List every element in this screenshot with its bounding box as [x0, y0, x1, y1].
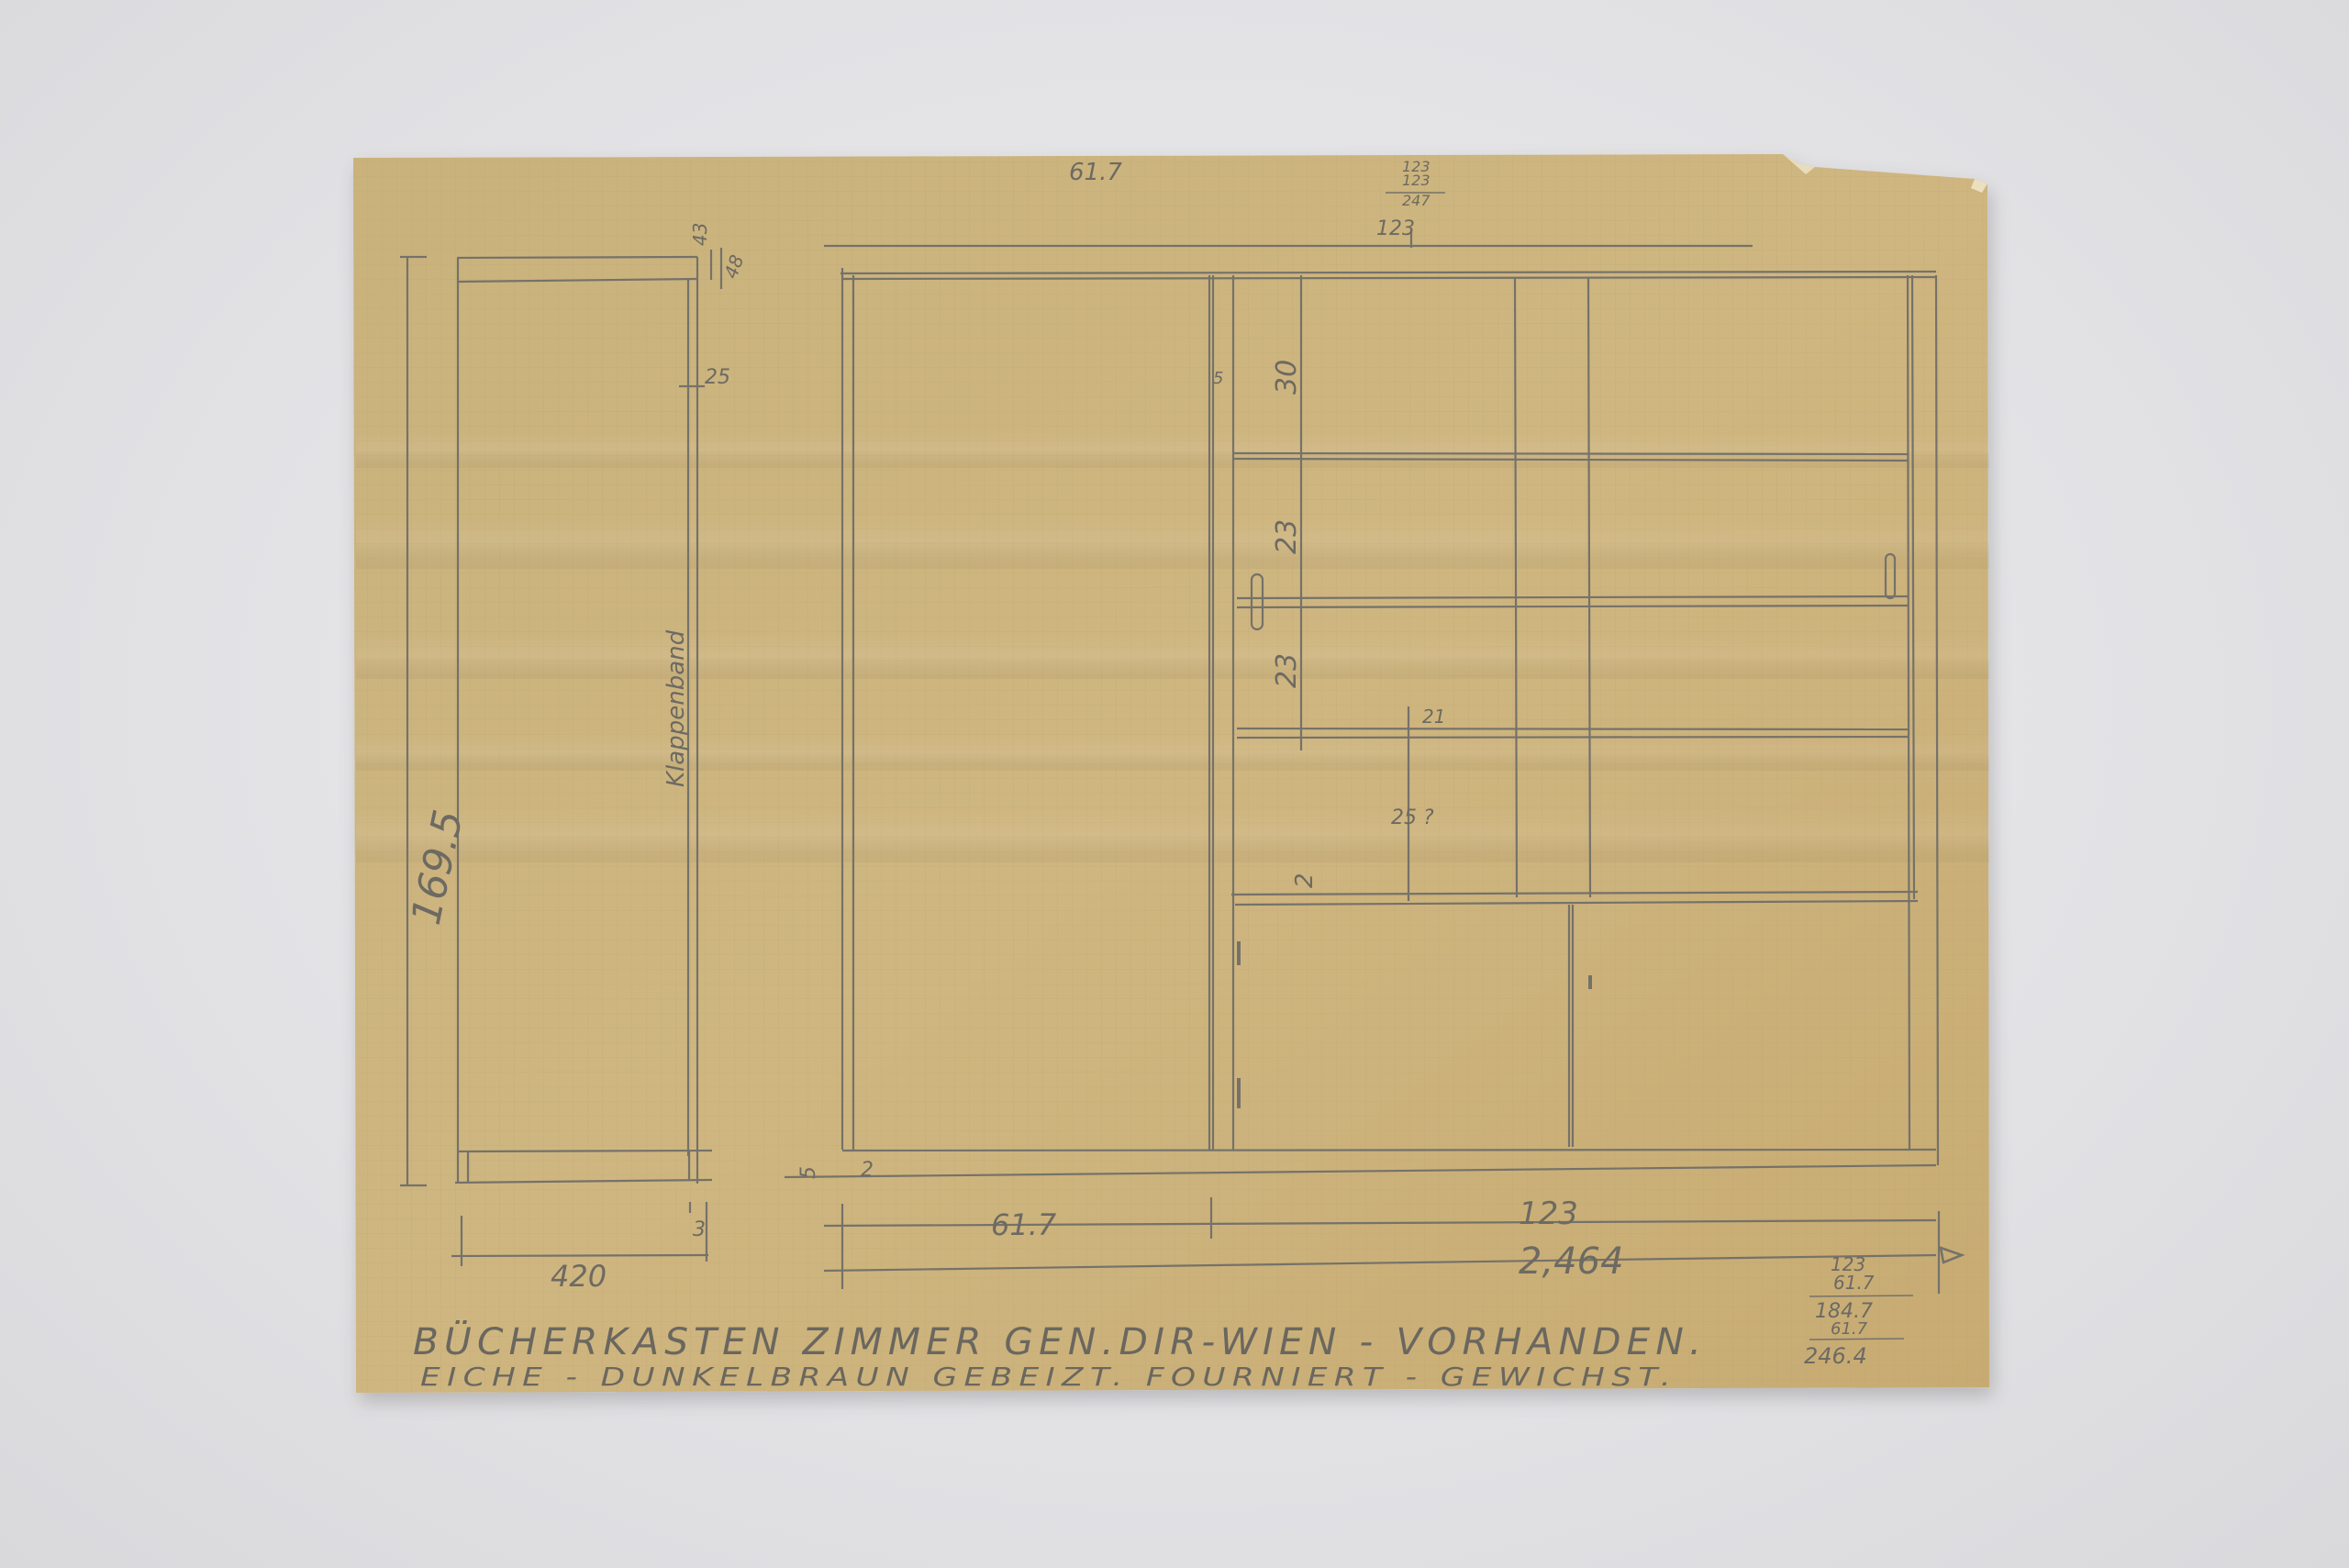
side-note-vertical: Klappenband [662, 629, 690, 787]
total-width-label: 2,464 [1519, 1240, 1624, 1283]
top-note-right: 123 [1376, 217, 1415, 240]
top-sum-3: 247 [1402, 192, 1431, 209]
calc-line-5: 246.4 [1804, 1343, 1867, 1369]
frame-dim-5: 5 [1213, 369, 1223, 388]
frame-dim-2: 2 [1291, 873, 1319, 888]
base-dim-2: 2 [861, 1159, 874, 1182]
side-depth-label: 420 [551, 1259, 607, 1294]
title-line-1: BÜCHERKASTEN ZIMMER GEN.DIR-WIEN - VORHA… [413, 1319, 1707, 1363]
base-dim-5: 5 [797, 1166, 820, 1179]
side-dim-25: 25 [705, 366, 730, 389]
shelf-spacing-3: 23 [1271, 653, 1303, 688]
shelf-spacing-4: 21 [1422, 706, 1445, 728]
width-right-label: 123 [1519, 1195, 1578, 1232]
shelf-spacing-1: 30 [1271, 360, 1303, 395]
side-plinth-dim: 3 [693, 1218, 706, 1241]
calc-line-2: 61.7 [1833, 1272, 1875, 1294]
title-line-2: EICHE - DUNKELBRAUN GEBEIZT. FOURNIERT -… [420, 1362, 1677, 1392]
side-top-dim-1: 43 [689, 223, 711, 246]
top-sum-2: 123 [1402, 172, 1431, 189]
shelf-spacing-2: 23 [1271, 519, 1303, 554]
shelf-spacing-5: 25 ? [1391, 806, 1434, 829]
top-note-left: 61.7 [1069, 159, 1122, 186]
width-left-label: 61.7 [991, 1207, 1057, 1242]
calc-line-4: 61.7 [1831, 1319, 1868, 1339]
drawing-sheet: 169.5 Klappenband 43 48 25 3 420 [0, 0, 2349, 1568]
